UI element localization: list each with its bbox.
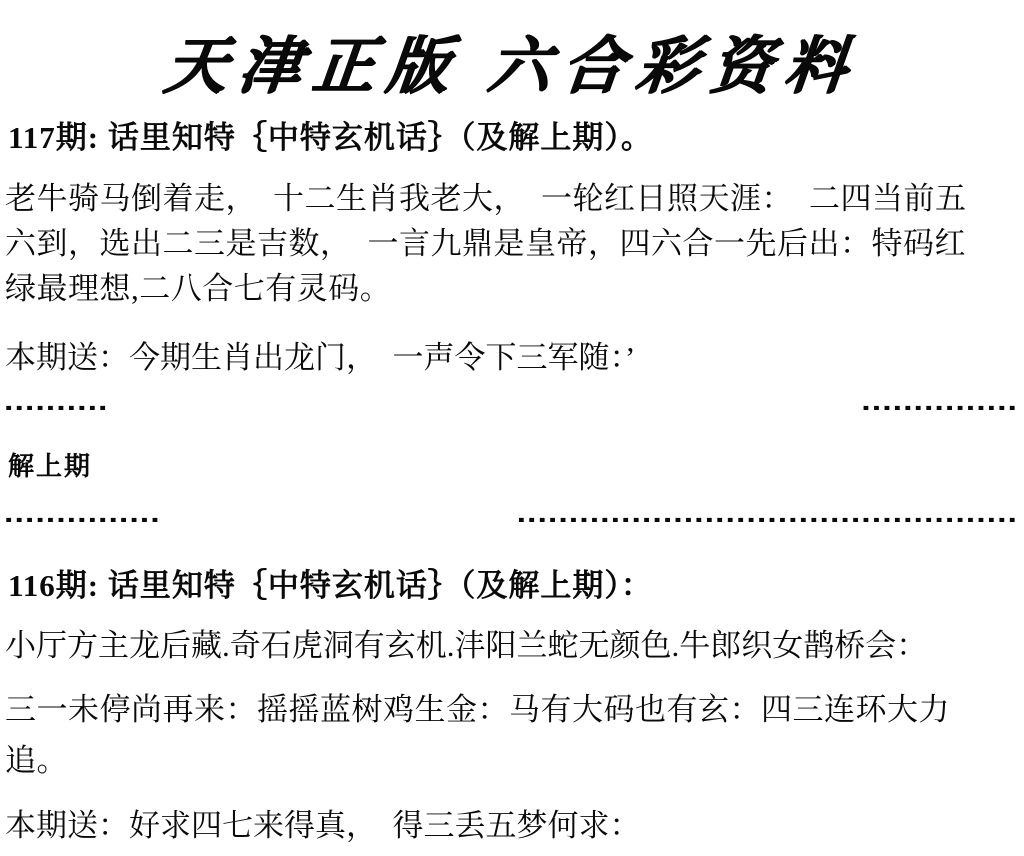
issue-117-gift-line: 本期送：今期生肖出龙门， 一声令下三军随：’ bbox=[5, 332, 1020, 377]
previous-issue-label: 解上期 bbox=[8, 446, 1024, 483]
divider-dotted-top: .......... ............... bbox=[4, 392, 1018, 410]
issue-116-paragraph-1: 小厅方主龙后藏.奇石虎洞有玄机.沣阳兰蛇无颜色.牛郎织女鹊桥会： bbox=[5, 623, 1022, 668]
issue-117-paragraph: 老牛骑马倒着走， 十二生肖我老大， 一轮红日照天涯： 二四当前五 六到，选出二三… bbox=[5, 176, 1022, 311]
document-page: { "doc": { "title": "天津正版 六合彩资料", "issue… bbox=[0, 0, 1024, 856]
issue-117-heading: 117期: 话里知特｛中特玄机话｝（及解上期）。 bbox=[8, 112, 1020, 157]
divider-top-right-dots: ............... bbox=[861, 392, 1018, 410]
divider-top-left-dots: .......... bbox=[4, 392, 108, 410]
divider-bottom-right-dots: ........................................… bbox=[517, 504, 1018, 522]
issue-116-paragraph-2: 三一未停尚再来：摇摇蓝树鸡生金：马有大码也有玄：四三连环大力 追。 bbox=[5, 684, 1022, 786]
issue-116-heading: 116期: 话里知特｛中特玄机话｝（及解上期）： bbox=[8, 560, 1020, 605]
divider-dotted-bottom: ............... ........................… bbox=[4, 504, 1018, 522]
page-title: 天津正版 六合彩资料 bbox=[0, 16, 1024, 105]
issue-116-gift-line: 本期送：好求四七来得真， 得三丢五梦何求： bbox=[5, 800, 1020, 845]
divider-bottom-left-dots: ............... bbox=[4, 504, 161, 522]
